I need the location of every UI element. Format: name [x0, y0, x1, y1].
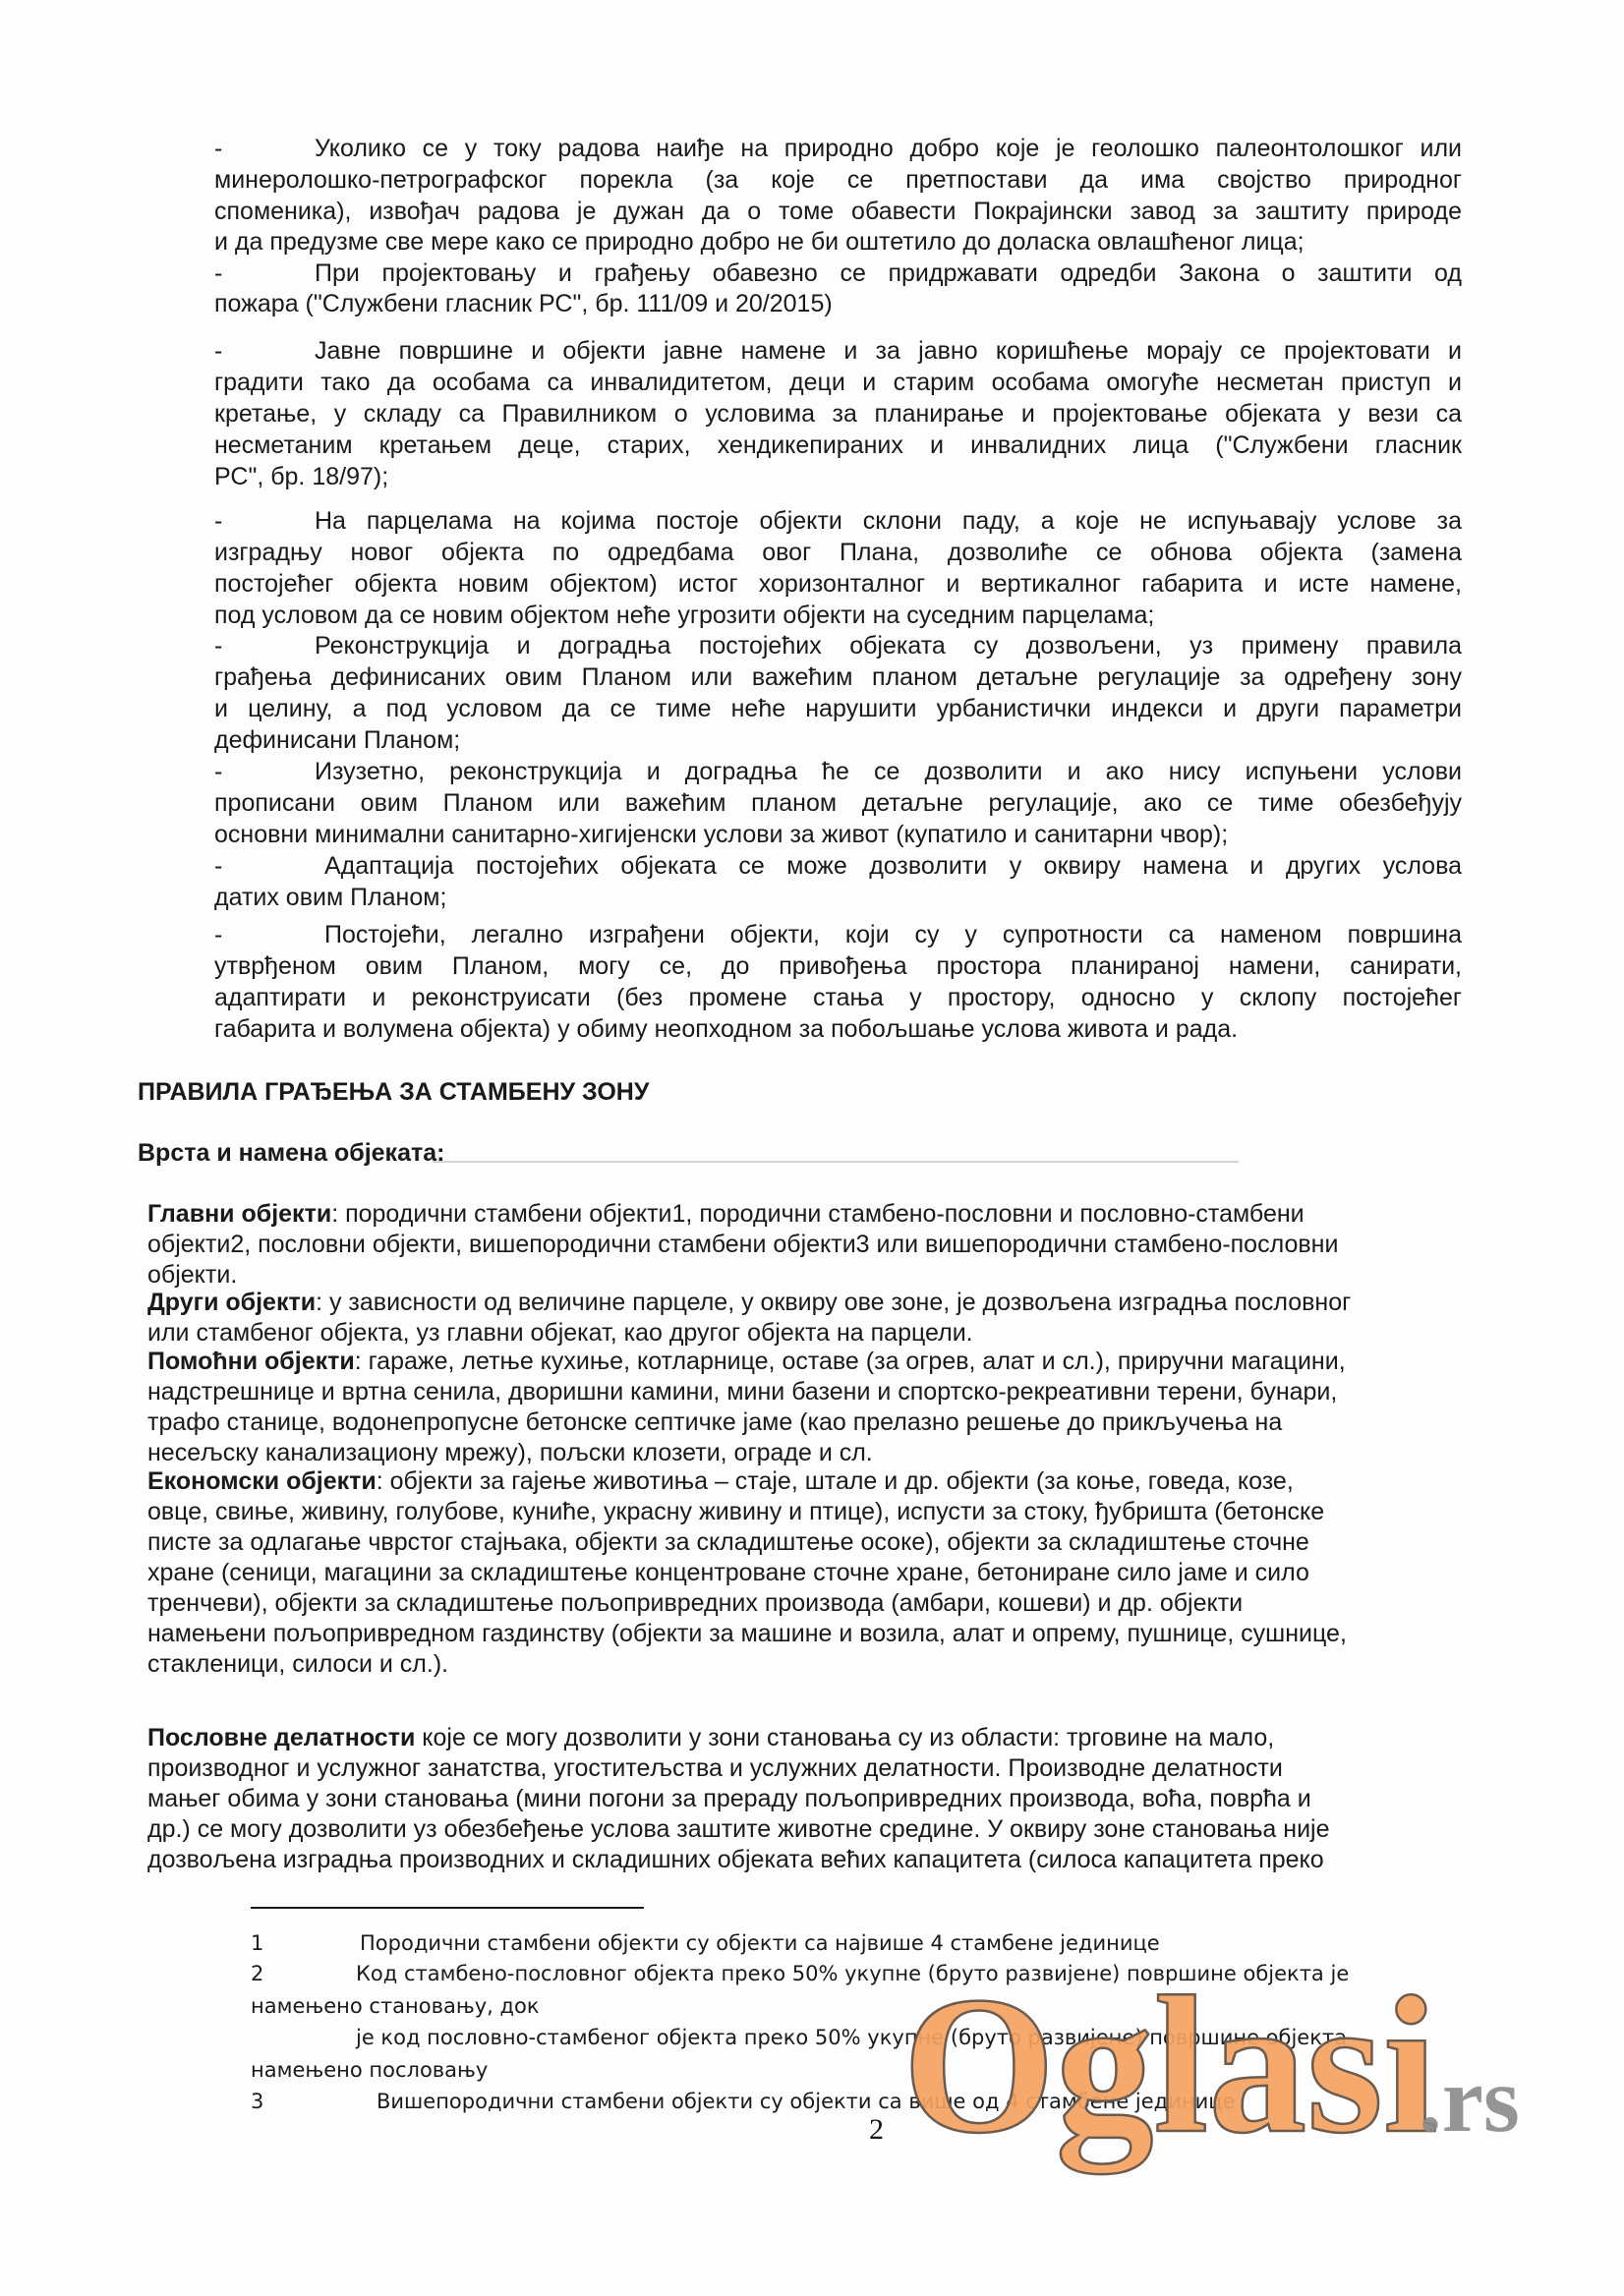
bullet-marker: - — [214, 258, 222, 288]
bullet-3-line-3: кретање, у складу са Правилником о услов… — [214, 399, 1462, 429]
bullet-2-line-1: При пројектовању и грађењу обавезно се п… — [315, 258, 1462, 288]
subheading: Врста и намена објеката: — [138, 1138, 444, 1168]
document-page: - Уколико се у току радова наиђе на прир… — [0, 0, 1624, 2296]
bullet-4-line-1: На парцелама на којима постоје објекти с… — [315, 506, 1462, 536]
paragraph-economic-objects-line-7: стакленици, силоси и сл.). — [147, 1649, 448, 1679]
text: : породични стамбени објекти1, породични… — [331, 1200, 1304, 1228]
bullet-4-line-3: постојећег објекта новим објектом) истог… — [214, 569, 1462, 599]
footnote-1-line-1: Породични стамбени објекти су објекти са… — [360, 1929, 1160, 1957]
bullet-8-line-1: Постојећи, легално изграђени објекти, ко… — [324, 920, 1462, 949]
bullet-7-line-2: датих овим Планом; — [214, 883, 446, 912]
text: : објекти за гајење животиња – стаје, шт… — [377, 1467, 1294, 1495]
term-main-objects: Главни објекти — [147, 1200, 331, 1228]
paragraph-other-objects-line-2: или стамбеног објекта, уз главни објекат… — [147, 1318, 973, 1348]
bullet-5-line-2: грађења дефинисаних овим Планом или важе… — [214, 662, 1462, 692]
paragraph-auxiliary-objects-line-3: трафо станице, водонепропусне бетонске с… — [147, 1407, 1282, 1437]
scan-artifact-line — [433, 1161, 1239, 1163]
footnote-separator — [251, 1907, 644, 1909]
bullet-5-line-3: и целину, а под условом да се тиме неће … — [214, 694, 1462, 723]
term-other-objects: Други објекти — [147, 1289, 316, 1316]
text: : у зависности од величине парцеле, у ок… — [316, 1289, 1351, 1316]
bullet-6-line-1: Изузетно, реконструкција и доградња ће с… — [315, 757, 1462, 786]
bullet-marker: - — [214, 336, 222, 366]
footnote-2-line-2: намењено становању, док — [251, 1992, 540, 2020]
paragraph-business-activities-line-1: Пословне делатности које се могу дозволи… — [147, 1723, 1274, 1752]
footnote-2-line-1: Код стамбено-пословног објекта преко 50%… — [356, 1960, 1349, 1987]
bullet-marker: - — [214, 134, 222, 163]
bullet-marker: - — [214, 506, 222, 536]
bullet-3-line-5: РС", бр. 18/97); — [214, 462, 388, 491]
bullet-4-line-2: изградњу новог објекта по одредбама овог… — [214, 538, 1462, 567]
footnote-number: 2 — [251, 1960, 263, 1987]
term-auxiliary-objects: Помоћни објекти — [147, 1348, 355, 1375]
bullet-5-line-4: дефинисани Планом; — [214, 725, 460, 755]
footnote-number: 1 — [251, 1929, 263, 1957]
bullet-1-line-2: минеролошко-петрографског порекла (за ко… — [214, 165, 1462, 195]
svg-text:Oglasi: Oglasi — [902, 1976, 1438, 2174]
term-business-activities: Пословне делатности — [147, 1724, 415, 1751]
footnote-2-line-4: намењено пословању — [251, 2056, 488, 2084]
paragraph-other-objects-line-1: Други објекти: у зависности од величине … — [147, 1288, 1351, 1317]
bullet-7-line-1: Адаптација постојећих објеката се може д… — [324, 851, 1462, 881]
footnote-2-line-3: је код пословно-стамбеног објекта преко … — [356, 2024, 1347, 2051]
paragraph-business-activities-line-4: др.) се могу дозволити уз обезбеђење усл… — [147, 1814, 1330, 1844]
paragraph-economic-objects-line-4: хране (сеници, магацини за складиштење к… — [147, 1558, 1309, 1587]
bullet-marker: - — [214, 920, 222, 949]
bullet-3-line-2: градити тако да особама са инвалидитетом… — [214, 368, 1462, 397]
paragraph-main-objects-line-1: Главни објекти: породични стамбени објек… — [147, 1199, 1305, 1229]
paragraph-economic-objects-line-6: намењени пољопривредном газдинству (обје… — [147, 1619, 1347, 1648]
bullet-1-line-4: и да предузме све мере како се природно … — [214, 227, 1305, 257]
bullet-6-line-3: основни минимални санитарно-хигијенски у… — [214, 820, 1228, 849]
footnote-3-line-1: Вишепородични стамбени објекти су објект… — [377, 2088, 1235, 2115]
section-heading: ПРАВИЛА ГРАЂЕЊА ЗА СТАМБЕНУ ЗОНУ — [138, 1077, 649, 1107]
watermark-suffix-text: .rs — [1419, 2047, 1520, 2152]
paragraph-auxiliary-objects-line-4: несељску канализациону мрежу), пољски кл… — [147, 1438, 873, 1467]
paragraph-economic-objects-line-2: овце, свиње, живину, голубове, куниће, у… — [147, 1497, 1324, 1526]
paragraph-auxiliary-objects-line-1: Помоћни објекти: гараже, летње кухиње, к… — [147, 1347, 1346, 1376]
bullet-marker: - — [214, 631, 222, 660]
paragraph-main-objects-line-3: објекти. — [147, 1260, 237, 1290]
bullet-8-line-4: габарита и волумена објекта) у обиму нео… — [214, 1014, 1238, 1044]
bullet-3-line-4: несметаним кретањем деце, старих, хендик… — [214, 430, 1462, 460]
svg-text:.rs: .rs — [1419, 2047, 1520, 2152]
bullet-4-line-4: под условом да се новим објектом неће уг… — [214, 601, 1154, 630]
footnote-number: 3 — [251, 2088, 263, 2115]
paragraph-economic-objects-line-1: Економски објекти: објекти за гајење жив… — [147, 1466, 1294, 1496]
paragraph-main-objects-line-2: објекти2, пословни објекти, вишепородичн… — [147, 1230, 1338, 1259]
bullet-2-line-2: пожара ("Службени гласник РС", бр. 111/0… — [214, 289, 833, 318]
bullet-1-line-3: споменика), извођач радова је дужан да о… — [214, 197, 1462, 226]
bullet-8-line-2: утврђеном овим Планом, могу се, до приво… — [214, 951, 1462, 981]
bullet-marker: - — [214, 757, 222, 786]
paragraph-economic-objects-line-3: писте за одлагање чврстог стајњака, обје… — [147, 1527, 1309, 1557]
text: које се могу дозволити у зони становања … — [415, 1724, 1274, 1751]
bullet-1-line-1: Уколико се у току радова наиђе на природ… — [315, 134, 1462, 163]
paragraph-economic-objects-line-5: тренчеви), објекти за складиштење пољопр… — [147, 1588, 1243, 1618]
page-number: 2 — [869, 2113, 884, 2147]
paragraph-auxiliary-objects-line-2: надстрешнице и вртна сенила, дворишни ка… — [147, 1377, 1337, 1406]
paragraph-business-activities-line-3: мањег обима у зони становања (мини погон… — [147, 1784, 1311, 1813]
bullet-6-line-2: прописани овим Планом или важећим планом… — [214, 788, 1462, 818]
bullet-marker: - — [214, 851, 222, 881]
bullet-8-line-3: адаптирати и реконструисати (без промене… — [214, 983, 1462, 1012]
text: : гараже, летње кухиње, котларнице, оста… — [355, 1348, 1346, 1375]
term-economic-objects: Економски објекти — [147, 1467, 377, 1495]
paragraph-business-activities-line-2: производног и услужног занатства, угости… — [147, 1753, 1283, 1783]
bullet-5-line-1: Реконструкција и доградња постојећих обј… — [315, 631, 1462, 660]
bullet-3-line-1: Јавне површине и објекти јавне намене и … — [315, 336, 1462, 366]
watermark-oglasi-text: Oglasi — [902, 1976, 1438, 2174]
paragraph-business-activities-line-5: дозвољена изградња производних и складиш… — [147, 1845, 1324, 1874]
